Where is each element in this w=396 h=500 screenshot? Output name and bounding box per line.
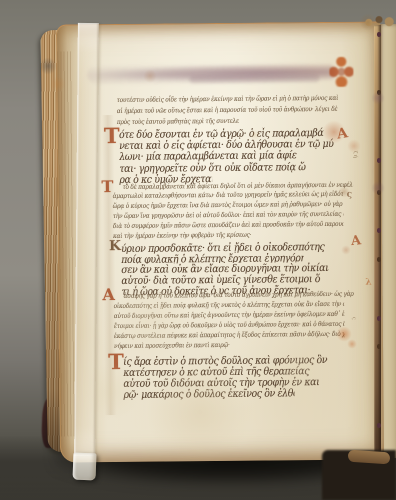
erased-header-smudge-2 [189, 75, 319, 83]
manuscript-line: νήφειν καὶ προσεύχεσθαι ἐν παντὶ καιρῷ· [114, 341, 264, 352]
book-strap-tail [73, 453, 97, 481]
text-block-commentary-3: ἀσαφὴς γὰρ ἡ τοῦ κλέπτου ὥρα· διὰ τοῦτο … [113, 289, 384, 356]
header-cross-ornament-icon [329, 57, 353, 87]
marginal-mark: Α [350, 234, 361, 248]
initial-letter-lection-2: Κ [109, 240, 121, 254]
marginal-mark: Α [336, 126, 349, 141]
stitch-dot [377, 32, 382, 37]
marginal-mark: ζή [352, 151, 357, 160]
text-block-commentary-2: τὸ δὲ παραλαμβάνεται καὶ ἀφίεται δηλοῖ ὅ… [112, 180, 384, 245]
initial-letter-commentary-2: Τ [101, 179, 113, 195]
manuscript-line: καὶ τὴν ἡμέραν ἐκείνην τὴν φοβερὰν τῆς κ… [113, 230, 298, 242]
manuscript-photo-scene: τουτέστιν οὐδεὶς οἶδε τὴν ἡμέραν ἐκείνην… [0, 0, 396, 500]
text-block-lection-3: ίς ἄρα ἐστὶν ὁ πιστὸς δοῦλος καὶ φρόνιμο… [123, 353, 375, 403]
marginal-mark: ς [347, 191, 353, 200]
initial-letter-lection-1: Τ [104, 125, 120, 146]
stitch-dot [377, 158, 382, 163]
stitch-dot [377, 228, 382, 233]
stitch-dot [377, 316, 382, 321]
stitch-dot [377, 257, 382, 262]
marginal-mark: ς [351, 317, 356, 321]
book-strap [74, 23, 99, 456]
marginal-mark: λ [365, 279, 371, 288]
stitch-dot [377, 423, 382, 428]
stitch-dot [377, 90, 382, 95]
fray-top-right [362, 14, 396, 28]
initial-letter-lection-3: Τ [108, 351, 124, 372]
stitch-dot [377, 190, 382, 195]
manuscript-line: ρῷ· μακάριος ὁ δοῦλος ἐκεῖνος ὃν ἐλθὼν [123, 387, 294, 400]
stitch-dot [377, 344, 382, 349]
manuscript-line: ται· γρηγορεῖτε οὖν ὅτι οὐκ οἴδατε ποίᾳ … [119, 161, 313, 174]
initial-letter-commentary-3: Α [102, 287, 115, 303]
manuscript-page: τουτέστιν οὐδεὶς οἶδε τὴν ἡμέραν ἐκείνην… [56, 21, 384, 462]
text-layer: τουτέστιν οὐδεὶς οἶδε τὴν ἡμέραν ἐκείνην… [57, 22, 380, 25]
